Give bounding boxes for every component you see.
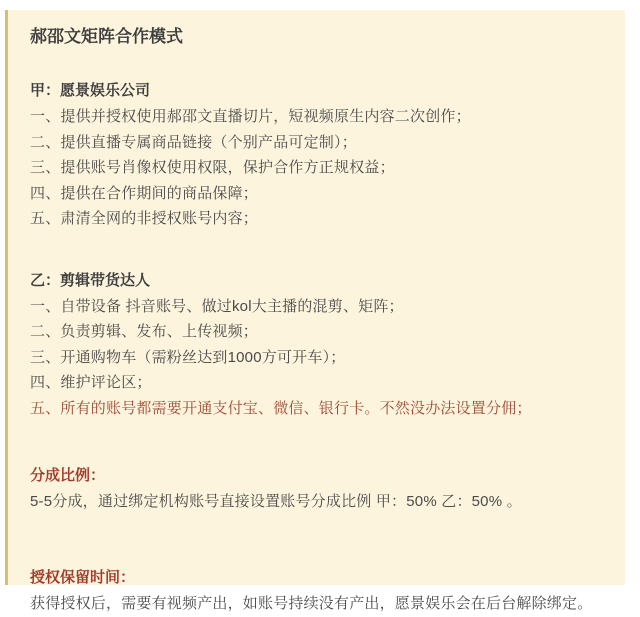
authorization-retention-heading: 授权保留时间：: [30, 565, 603, 591]
revenue-split-heading: 分成比例：: [30, 463, 603, 489]
list-item: 一、自带设备 抖音账号、做过kol大主播的混剪、矩阵；: [30, 294, 603, 320]
revenue-split-body: 5-5分成，通过绑定机构账号直接设置账号分成比例 甲：50% 乙：50% 。: [30, 489, 603, 515]
list-item: 一、提供并授权使用郝邵文直播切片，短视频原生内容二次创作；: [30, 104, 603, 130]
document-content: 郝邵文矩阵合作模式 甲：愿景娱乐公司 一、提供并授权使用郝邵文直播切片，短视频原…: [8, 10, 625, 606]
authorization-retention-body: 获得授权后，需要有视频产出，如账号持续没有产出，愿景娱乐会在后台解除绑定。: [30, 591, 603, 606]
list-item: 三、开通购物车（需粉丝达到1000方可开车）；: [30, 345, 603, 371]
list-item: 二、负责剪辑、发布、上传视频；: [30, 319, 603, 345]
section-a-heading: 甲：愿景娱乐公司: [30, 78, 603, 104]
section-party-b: 乙：剪辑带货达人 一、自带设备 抖音账号、做过kol大主播的混剪、矩阵； 二、负…: [30, 268, 603, 422]
list-item: 四、提供在合作期间的商品保障；: [30, 181, 603, 207]
revenue-split-block: 分成比例： 5-5分成，通过绑定机构账号直接设置账号分成比例 甲：50% 乙：5…: [30, 463, 603, 515]
list-item: 五、肃清全网的非授权账号内容；: [30, 206, 603, 232]
list-item: 四、维护评论区；: [30, 370, 603, 396]
list-item: 三、提供账号肖像权使用权限，保护合作方正规权益；: [30, 155, 603, 181]
list-item-highlighted: 五、所有的账号都需要开通支付宝、微信、银行卡。不然没办法设置分佣；: [30, 396, 603, 422]
section-party-a: 甲：愿景娱乐公司 一、提供并授权使用郝邵文直播切片，短视频原生内容二次创作； 二…: [30, 78, 603, 232]
section-b-heading: 乙：剪辑带货达人: [30, 268, 603, 294]
page-title: 郝邵文矩阵合作模式: [30, 24, 603, 50]
list-item: 二、提供直播专属商品链接（个别产品可定制）；: [30, 130, 603, 156]
document-card: 郝邵文矩阵合作模式 甲：愿景娱乐公司 一、提供并授权使用郝邵文直播切片，短视频原…: [5, 10, 625, 585]
authorization-retention-block: 授权保留时间： 获得授权后，需要有视频产出，如账号持续没有产出，愿景娱乐会在后台…: [30, 565, 603, 606]
